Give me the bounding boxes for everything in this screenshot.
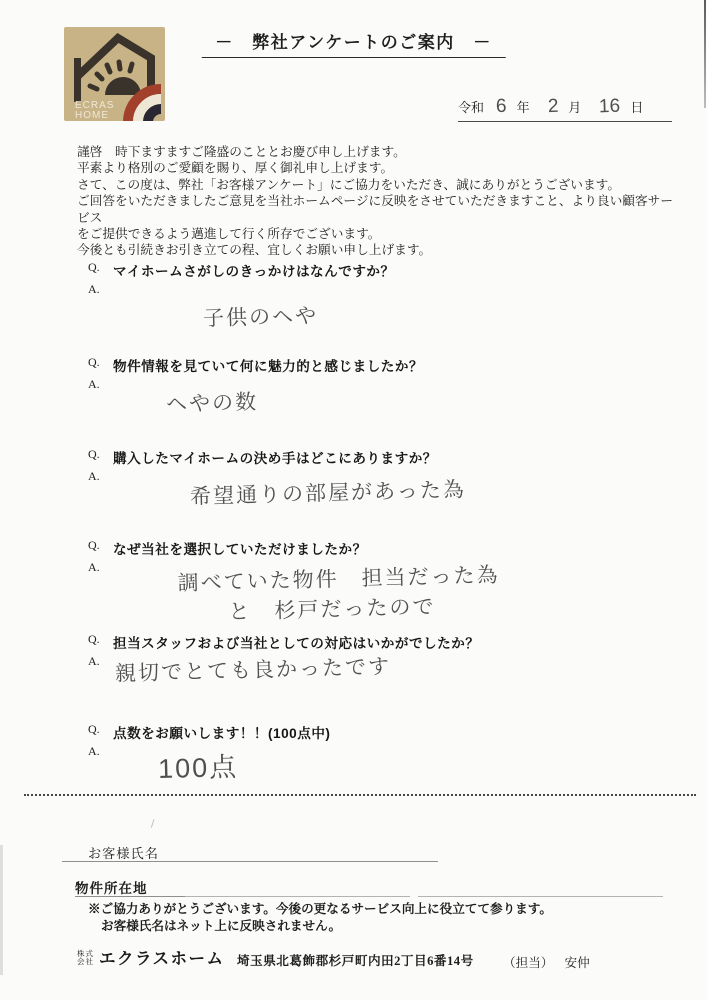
handwritten-answer-3: 希望通りの部屋があった為: [190, 473, 466, 510]
greeting-line: 平素より格別のご愛顧を賜り、厚く御礼申し上げます。: [77, 160, 682, 176]
contact-label: （担当）: [503, 956, 553, 970]
date-era-label: 令和: [458, 97, 484, 116]
company-type-line: 会社: [77, 958, 94, 966]
question-text: 物件情報を見ていて何に魅力的と感じましたか？: [113, 355, 423, 375]
property-location-line: [418, 896, 663, 897]
question-block-2: Q. 物件情報を見ていて何に魅力的と感じましたか？ A.: [88, 355, 648, 392]
date-year-suffix: 年: [517, 97, 530, 116]
handwritten-answer-5: 親切でとても良かったです: [115, 650, 392, 687]
company-logo: ECRAS HOME: [64, 27, 165, 121]
q-label: Q.: [88, 355, 113, 375]
question-text: マイホームさがしのきっかけはなんですか？: [113, 260, 395, 280]
handwritten-answer-4: 調べていた物件 担当だった為 と 杉戸だったので: [177, 559, 500, 627]
survey-document: ECRAS HOME － 弊社アンケートのご案内 － 令和 6 年 2 月 16…: [0, 0, 707, 1000]
handwritten-answer-6: 100点: [158, 745, 239, 786]
q-label: Q.: [88, 260, 113, 280]
company-type-stacked: 株式 会社: [77, 950, 94, 966]
date-day-suffix: 日: [630, 97, 643, 116]
note-line: ※ご協力ありがとうございます。今後の更なるサービス向上に役立てて参ります。: [88, 901, 552, 918]
scan-artifact-mark: [151, 819, 161, 830]
greeting-line: 謹啓 時下ますますご隆盛のこととお慶び申し上げます。: [77, 144, 682, 160]
date-day-handwritten: 16: [599, 96, 621, 119]
question-text: なぜ当社を選択していただけましたか？: [113, 538, 367, 558]
customer-name-line: [62, 861, 438, 862]
greeting-line: ご回答をいただきましたご意見を当社ホームページに反映をさせていただきますこと、よ…: [77, 193, 682, 226]
greeting-line: をご提供できるよう邁進して行く所存でございます。: [77, 226, 682, 242]
company-address: 埼玉県北葛飾郡杉戸町内田2丁目6番14号: [237, 950, 474, 969]
question-text: 点数をお願いします！！(100点中): [113, 722, 330, 742]
q-label: Q.: [88, 447, 113, 467]
property-location-line: [75, 896, 185, 897]
date-year-handwritten: 6: [496, 96, 507, 118]
q-label: Q.: [88, 538, 113, 558]
scan-artifact-left-smudge: [0, 845, 3, 975]
handwritten-answer-4-line2: と 杉戸だったので: [228, 589, 501, 626]
greeting-line: 今後とも引続きお引き立ての程、宜しくお願い申し上げます。: [77, 242, 682, 258]
date-line: 令和 6 年 2 月 16 日: [458, 96, 672, 122]
date-month-handwritten: 2: [547, 96, 558, 118]
customer-name-label: お客様氏名: [88, 843, 159, 862]
contact-name: 安仲: [565, 956, 590, 970]
q-label: Q.: [88, 722, 113, 742]
dotted-separator: [24, 794, 696, 796]
property-location-label: 物件所在地: [75, 877, 148, 897]
question-text: 担当スタッフおよび当社としての対応はいかがでしたか？: [113, 632, 479, 652]
company-name: エクラスホーム: [99, 945, 225, 969]
a-label: A.: [88, 282, 648, 297]
greeting-paragraph: 謹啓 時下ますますご隆盛のこととお慶び申し上げます。 平素より格別のご愛顧を賜り…: [77, 144, 682, 259]
notes: ※ご協力ありがとうございます。今後の更なるサービス向上に役立てて参ります。 お客…: [88, 901, 552, 934]
handwritten-answer-2: ヘやの数: [166, 386, 259, 418]
greeting-line: さて、この度は、弊社「お客様アンケート」にご協力をいただき、誠にありがとうござい…: [77, 177, 682, 193]
ecras-home-logo-icon: ECRAS HOME: [64, 27, 165, 121]
question-text: 購入したマイホームの決め手はどこにありますか？: [113, 447, 437, 467]
page-title: － 弊社アンケートのご案内 －: [201, 28, 505, 58]
date-month-suffix: 月: [568, 97, 581, 116]
q-label: Q.: [88, 632, 113, 652]
question-block-1: Q. マイホームさがしのきっかけはなんですか？ A.: [88, 260, 648, 297]
scan-artifact-right-edge: [704, 0, 706, 108]
handwritten-answer-1: 子供のヘや: [203, 299, 319, 332]
property-location-line: [185, 896, 410, 897]
contact-person: （担当） 安仲: [503, 952, 590, 971]
logo-text-home: HOME: [75, 110, 109, 121]
note-line: お客様氏名はネット上に反映されません。: [101, 918, 552, 935]
